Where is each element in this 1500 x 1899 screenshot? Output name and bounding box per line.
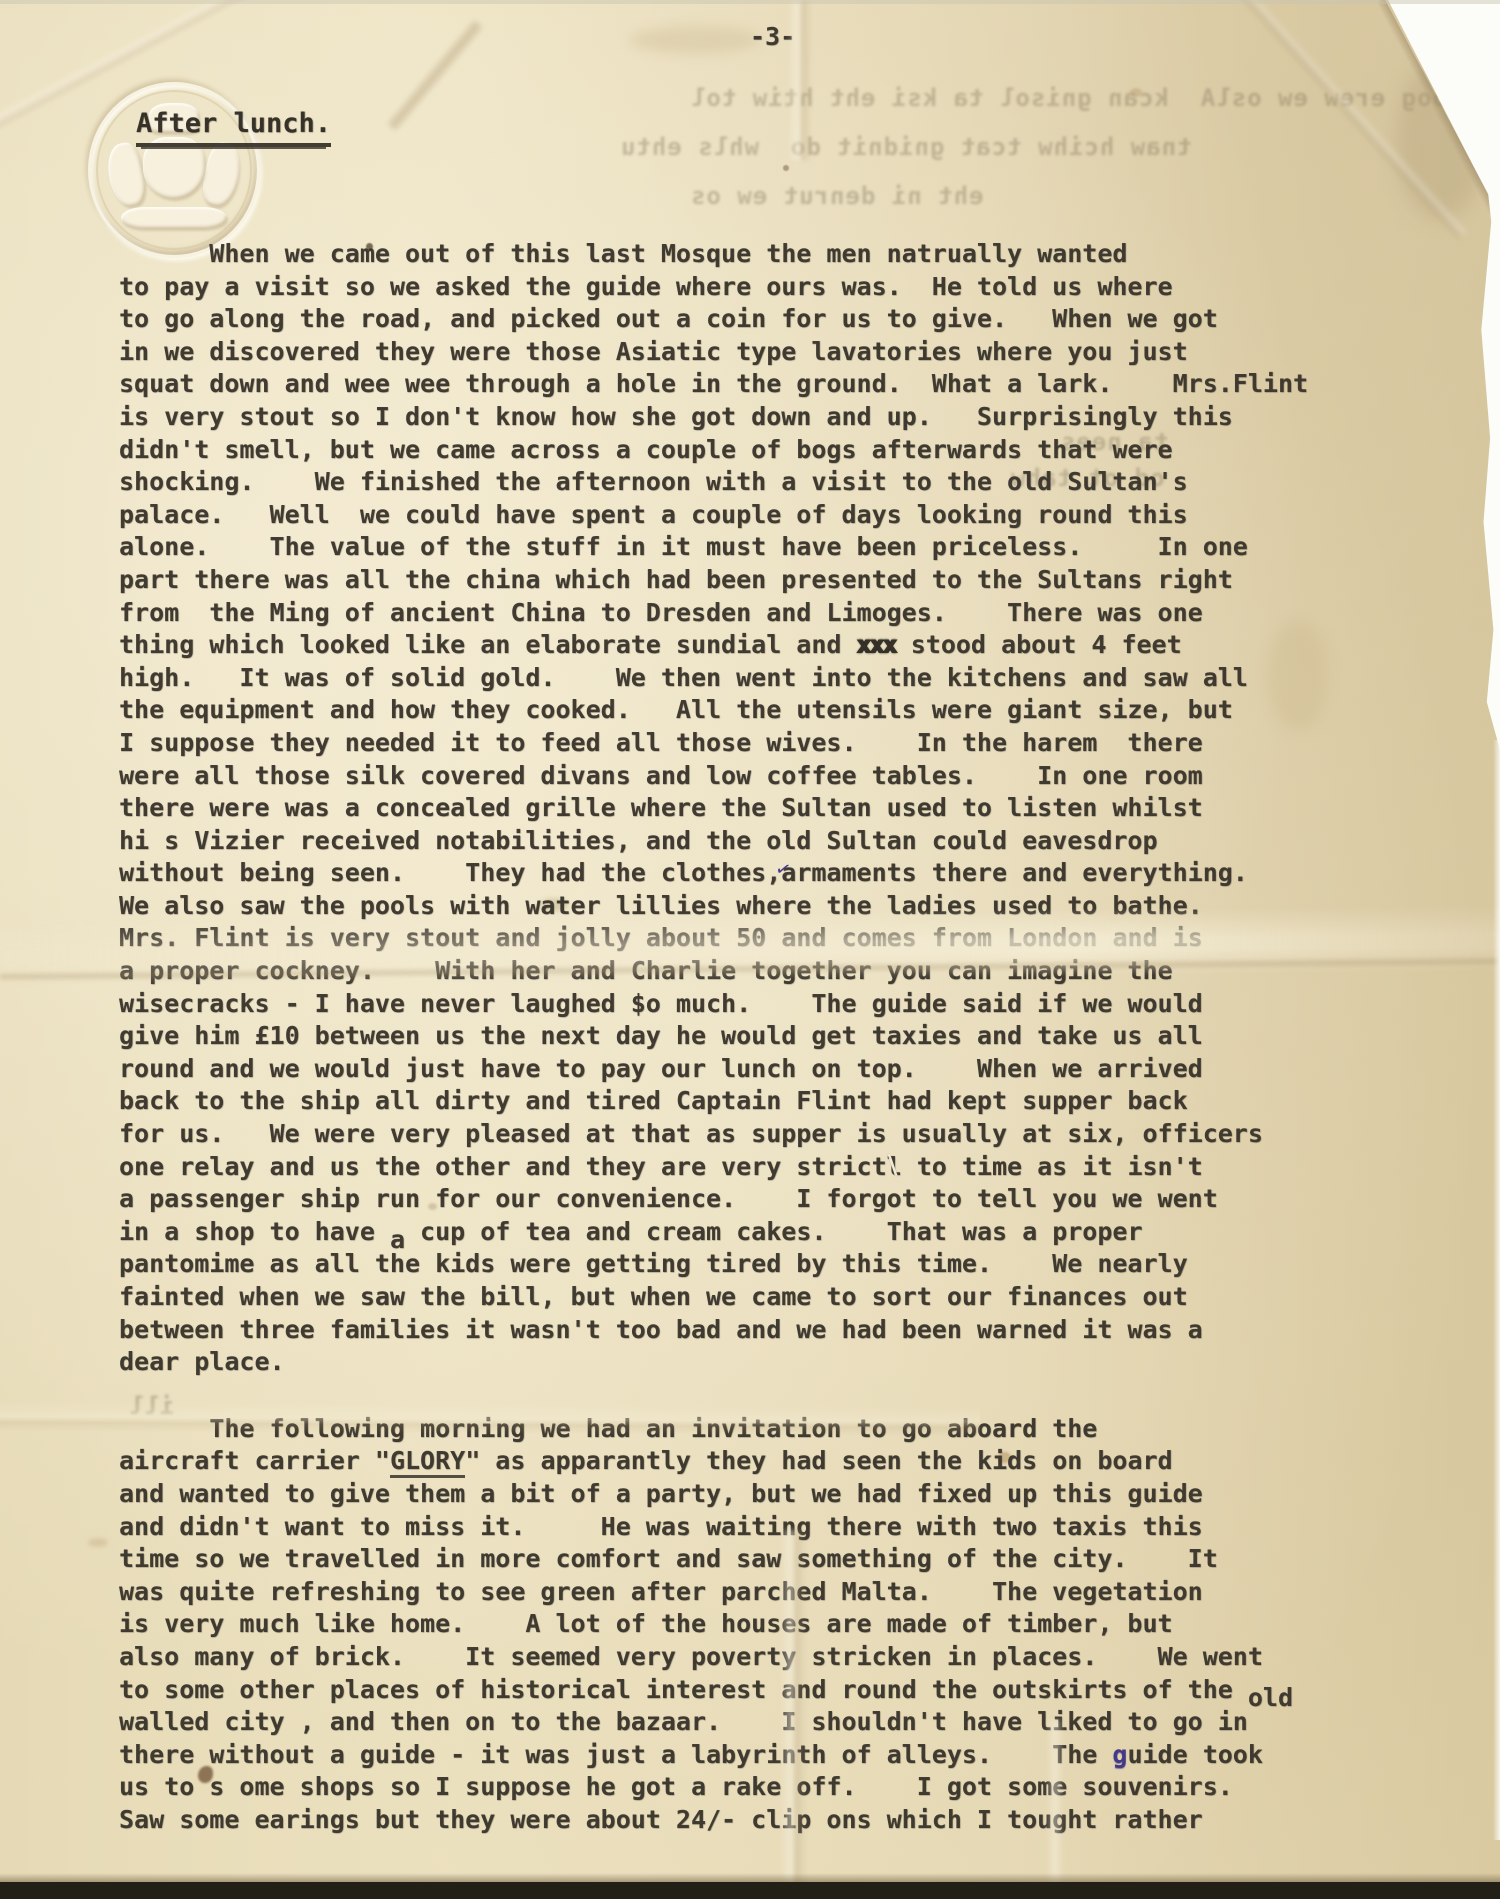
letter-line: palace. Well we could have spent a coupl… <box>119 499 1308 532</box>
letter-line: us to s ome shops so I suppose he got a … <box>119 1771 1308 1804</box>
scanner-bed-strip <box>0 1882 1500 1899</box>
crest-motto-scroll <box>121 207 227 229</box>
section-heading: After lunch. <box>136 108 331 147</box>
letter-line: round and we would just have to pay our … <box>119 1053 1308 1086</box>
letter-line: The following morning we had an invitati… <box>119 1413 1308 1446</box>
letter-line: there were was a concealed grille where … <box>119 792 1308 825</box>
letter-line: wisecracks - I have never laughed $o muc… <box>119 988 1308 1021</box>
letter-line: a proper cockney. With her and Charlie t… <box>119 955 1308 988</box>
letter-line: time so we travelled in more comfort and… <box>119 1543 1308 1576</box>
letter-line: was quite refreshing to see green after … <box>119 1576 1308 1609</box>
letter-line: there without a guide - it was just a la… <box>119 1739 1308 1772</box>
letter-line: from the Ming of ancient China to Dresde… <box>119 597 1308 630</box>
bleed-through-text: eht ni denrut ew os <box>690 182 984 210</box>
paper-stain <box>1130 88 1142 97</box>
letter-line: one relay and us the other and they are … <box>119 1151 1308 1184</box>
typed-over-strike: xxx <box>857 630 896 659</box>
letter-line: When we came out of this last Mosque the… <box>119 238 1308 271</box>
bleed-through-text: doog erew ew oslA kcan gnisol ta ksi eht… <box>690 84 1462 112</box>
paper-stain <box>783 165 789 171</box>
letter-line: shocking. We finished the afternoon with… <box>119 466 1308 499</box>
letter-line: a passenger ship run for our convenience… <box>119 1183 1308 1216</box>
bleed-through-text: tnaw hcihw tcat gnidnit do whls ehtu <box>620 133 1192 161</box>
letter-scan: doog erew ew oslA kcan gnisol ta ksi eht… <box>0 0 1500 1899</box>
paper-stain <box>88 1538 108 1547</box>
right-edge-highlight <box>1493 740 1500 1840</box>
underlined-ship-name: GLORY <box>390 1446 465 1478</box>
letter-line: is very much like home. A lot of the hou… <box>119 1608 1308 1641</box>
letter-line: dear place. <box>119 1346 1308 1379</box>
letter-line: We also saw the pools with water lillies… <box>119 890 1308 923</box>
letter-line: walled city , and then on to the bazaar.… <box>119 1706 1308 1739</box>
letter-line: I suppose they needed it to feed all tho… <box>119 727 1308 760</box>
letter-line: for us. We were very pleased at that as … <box>119 1118 1308 1151</box>
letter-line: to pay a visit so we asked the guide whe… <box>119 271 1308 304</box>
letter-line: were all those silk covered divans and l… <box>119 760 1308 793</box>
ink-corrected-letter: g <box>1112 1740 1127 1769</box>
letter-line: aircraft carrier "GLORY" as apparantly t… <box>119 1445 1308 1478</box>
letter-line: Mrs. Flint is very stout and jolly about… <box>119 922 1308 955</box>
letter-line: high. It was of solid gold. We then went… <box>119 662 1308 695</box>
letter-line: didn't smell, but we came across a coupl… <box>119 434 1308 467</box>
letter-body: When we came out of this last Mosque the… <box>119 238 1308 1837</box>
letter-line: in we discovered they were those Asiatic… <box>119 336 1308 369</box>
letter-line: hi s Vizier received notabilities, and t… <box>119 825 1308 858</box>
paper-stain <box>630 26 760 54</box>
letter-line: also many of brick. It seemed very pover… <box>119 1641 1308 1674</box>
letter-line: back to the ship all dirty and tired Cap… <box>119 1085 1308 1118</box>
dropped-word: old <box>1248 1683 1293 1712</box>
letter-line: thing which looked like an elaborate sun… <box>119 629 1308 662</box>
letter-line: part there was all the china which had b… <box>119 564 1308 597</box>
dropped-character: a <box>390 1225 405 1254</box>
letter-line: give him £10 between us the next day he … <box>119 1020 1308 1053</box>
letter-line: in a shop to have a cup of tea and cream… <box>119 1216 1308 1249</box>
letter-line: to go along the road, and picked out a c… <box>119 303 1308 336</box>
letter-line: without being seen. They had the clothes… <box>119 857 1308 890</box>
letter-line: alone. The value of the stuff in it must… <box>119 531 1308 564</box>
letter-line: between three families it wasn't too bad… <box>119 1314 1308 1347</box>
letter-line: and wanted to give them a bit of a party… <box>119 1478 1308 1511</box>
letter-line: fainted when we saw the bill, but when w… <box>119 1281 1308 1314</box>
paragraph-gap <box>119 1379 1308 1413</box>
letter-line: is very stout so I don't know how she go… <box>119 401 1308 434</box>
letter-line: the equipment and how they cooked. All t… <box>119 694 1308 727</box>
letter-line: to some other places of historical inter… <box>119 1674 1308 1707</box>
letter-line: Saw some earings but they were about 24/… <box>119 1804 1308 1837</box>
page-number: -3- <box>750 22 795 51</box>
letter-line: and didn't want to miss it. He was waiti… <box>119 1511 1308 1544</box>
top-scan-edge <box>0 0 1500 4</box>
letter-line: pantomime as all the kids were getting t… <box>119 1248 1308 1281</box>
letter-line: squat down and wee wee through a hole in… <box>119 368 1308 401</box>
